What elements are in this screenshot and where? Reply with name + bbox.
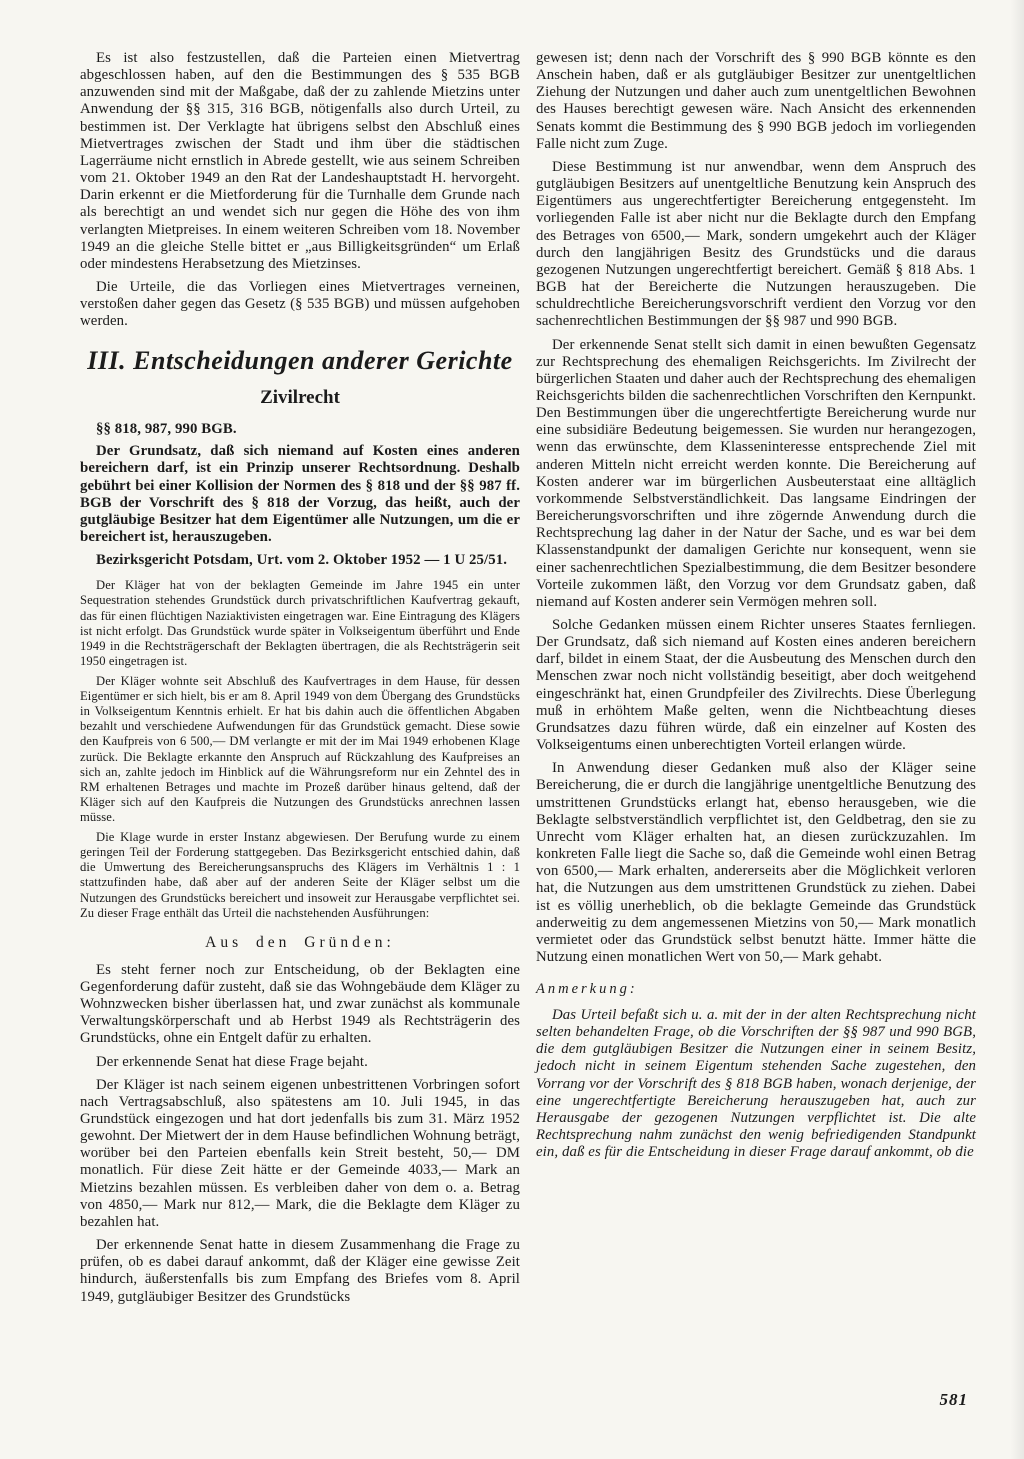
facts-paragraph: Der Kläger hat von der beklagten Gemeind… — [80, 578, 520, 669]
body-paragraph: Die Urteile, die das Vorliegen eines Mie… — [80, 279, 520, 330]
facts-paragraph: Die Klage wurde in erster Instanz abgewi… — [80, 830, 520, 921]
body-paragraph: gewesen ist; denn nach der Vorschrift de… — [536, 50, 976, 153]
section-heading: III. Entscheidungen anderer Gerichte — [80, 347, 520, 376]
annotation-heading: Anmerkung: — [536, 981, 976, 998]
page-number: 581 — [940, 1390, 969, 1410]
body-paragraph: Solche Gedanken müssen einem Richter uns… — [536, 617, 976, 754]
body-paragraph: Der erkennende Senat hat diese Frage bej… — [80, 1054, 520, 1071]
facts-paragraph: Der Kläger wohnte seit Abschluß des Kauf… — [80, 674, 520, 825]
annotation-paragraph: Das Urteil befaßt sich u. a. mit der in … — [536, 1007, 976, 1161]
facts-section: Der Kläger hat von der beklagten Gemeind… — [80, 578, 520, 920]
body-paragraph: Der Kläger ist nach seinem eigenen unbes… — [80, 1077, 520, 1231]
statute-reference: §§ 818, 987, 990 BGB. — [80, 421, 520, 438]
headnote-paragraph: Der Grundsatz, daß sich niemand auf Kost… — [80, 443, 520, 546]
body-paragraph: Es steht ferner noch zur Entscheidung, o… — [80, 962, 520, 1048]
body-paragraph: In Anwendung dieser Gedanken muß also de… — [536, 760, 976, 966]
reasons-heading: Aus den Gründen: — [80, 934, 520, 952]
court-reference: Bezirksgericht Potsdam, Urt. vom 2. Okto… — [80, 552, 520, 569]
body-paragraph: Der erkennende Senat hatte in diesem Zus… — [80, 1237, 520, 1306]
subsection-heading: Zivilrecht — [80, 387, 520, 409]
left-column: Es ist also festzustellen, daß die Parte… — [80, 50, 520, 1312]
right-column: gewesen ist; denn nach der Vorschrift de… — [536, 50, 976, 1312]
body-paragraph: Diese Bestimmung ist nur anwendbar, wenn… — [536, 159, 976, 331]
two-column-layout: Es ist also festzustellen, daß die Parte… — [80, 50, 976, 1312]
journal-page: Es ist also festzustellen, daß die Parte… — [0, 0, 1024, 1459]
body-paragraph: Es ist also festzustellen, daß die Parte… — [80, 50, 520, 273]
body-paragraph: Der erkennende Senat stellt sich damit i… — [536, 337, 976, 612]
